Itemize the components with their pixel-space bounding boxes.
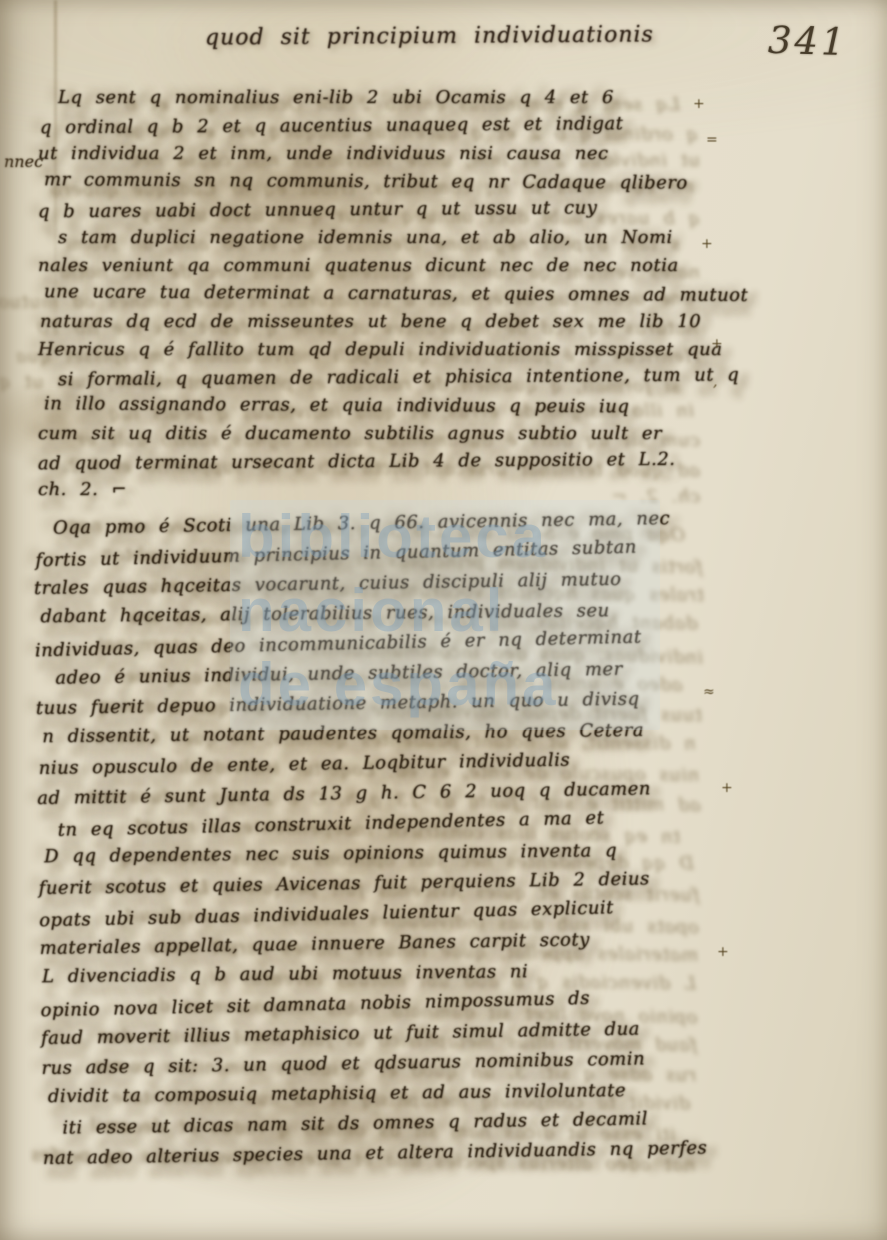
manuscript-line: Henricus q é fallito tum qd depuli indiv… <box>38 336 700 364</box>
margin-plus-mark: + <box>721 780 733 796</box>
margin-comma-mark: , <box>713 374 717 390</box>
manuscript-line: cum sit uq ditis é ducamento subtilis ag… <box>38 420 700 448</box>
manuscript-line: ad quod terminat ursecant dicta Lib 4 de… <box>38 446 700 479</box>
manuscript-line: ut individua 2 et inm, unde individuus n… <box>38 140 700 168</box>
manuscript-page: Lq sent q nominalius eni-lib 2 ubi Ocami… <box>0 0 887 1240</box>
manuscript-line: q ordinal q b 2 et q aucentius unaqueq e… <box>38 110 700 143</box>
margin-plus-mark: + <box>693 96 705 112</box>
manuscript-line: q b uares uabi doct unnueq untur q ut us… <box>38 194 700 227</box>
manuscript-line: mr communis sn nq communis, tribut eq nr… <box>38 166 700 197</box>
paragraph-second: Oqa pmo é Scoti una Lib 3. q 66. avicenn… <box>33 504 705 1174</box>
margin-plus-mark: + <box>701 236 713 252</box>
manuscript-line: Lq sent q nominalius eni-lib 2 ubi Ocami… <box>38 84 700 112</box>
handwritten-text-block: Lq sent q nominalius eni-lib 2 ubi Ocami… <box>38 84 700 1174</box>
folio-number: 341 <box>767 19 848 64</box>
manuscript-line: in illo assignando erras, et quia indivi… <box>38 390 700 421</box>
margin-equals-mark: = <box>706 132 718 148</box>
left-margin-note: nnec <box>4 152 43 171</box>
manuscript-line: ch. 2. ⌐ <box>38 476 700 504</box>
margin-plus-mark: + <box>711 336 723 352</box>
manuscript-line: si formali, q quamen de radicali et phis… <box>38 362 700 395</box>
paragraph-first: Lq sent q nominalius eni-lib 2 ubi Ocami… <box>38 84 700 504</box>
margin-tilde-mark: ≈ <box>703 684 715 700</box>
manuscript-line: une ucare tua determinat a carnaturas, e… <box>38 278 700 309</box>
page-title: quod sit principium individuationis <box>205 22 654 50</box>
manuscript-line: s tam duplici negatione idemnis una, et … <box>38 224 700 252</box>
manuscript-line: naturas dq ecd de misseuntes ut bene q d… <box>38 308 700 336</box>
margin-plus-mark: + <box>717 944 729 960</box>
manuscript-line: nales veniunt qa communi quatenus dicunt… <box>38 252 700 280</box>
